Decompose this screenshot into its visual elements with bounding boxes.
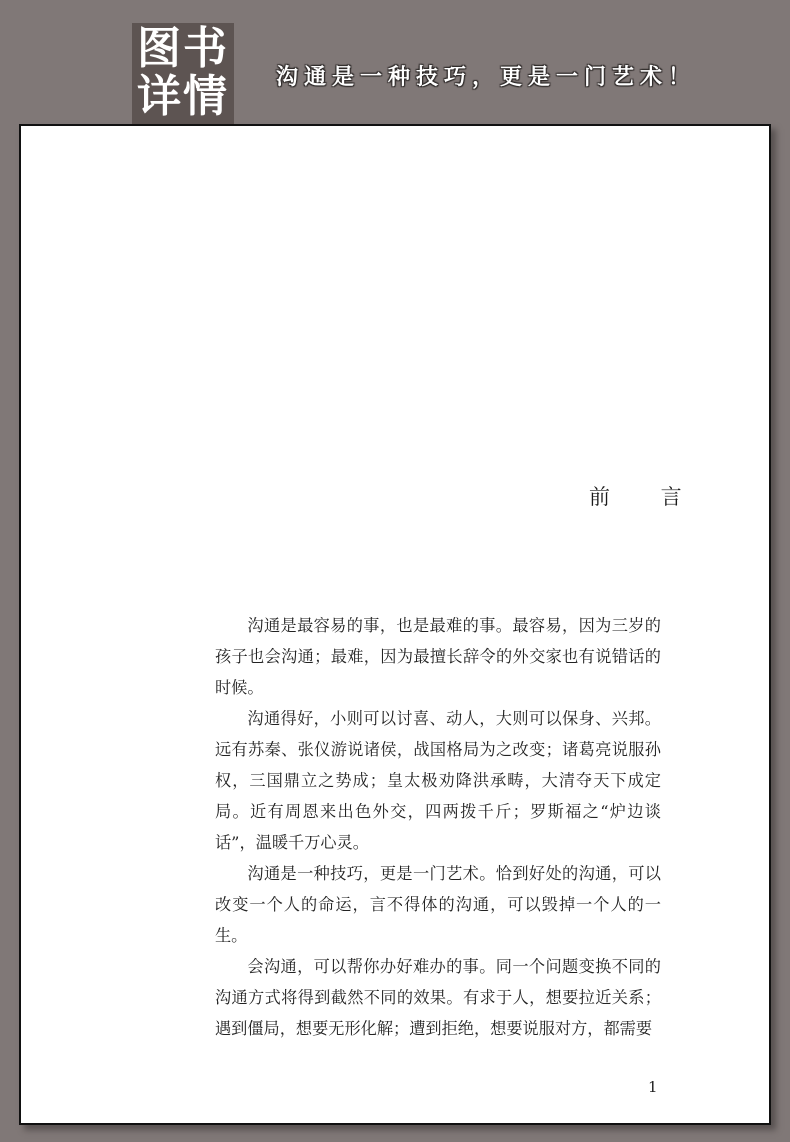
label-line-1: 图书 [132, 25, 234, 73]
preface-body: 沟通是最容易的事，也是最难的事。最容易，因为三岁的孩子也会沟通；最难，因为最擅长… [215, 610, 661, 1044]
paragraph: 会沟通，可以帮你办好难办的事。同一个问题变换不同的沟通方式将得到截然不同的效果。… [215, 951, 661, 1044]
paragraph: 沟通是一种技巧，更是一门艺术。恰到好处的沟通，可以改变一个人的命运，言不得体的沟… [215, 858, 661, 951]
book-details-label: 图书 详情 [132, 23, 234, 124]
page-number: 1 [648, 1078, 658, 1096]
label-line-2: 详情 [132, 73, 234, 121]
paragraph: 沟通是最容易的事，也是最难的事。最容易，因为三岁的孩子也会沟通；最难，因为最擅长… [215, 610, 661, 703]
paragraph: 沟通得好，小则可以讨喜、动人，大则可以保身、兴邦。远有苏秦、张仪游说诸侯，战国格… [215, 703, 661, 858]
chapter-title: 前 言 [589, 481, 704, 511]
slogan-heading: 沟通是一种技巧，更是一门艺术！ [276, 60, 696, 91]
book-page: 前 言 沟通是最容易的事，也是最难的事。最容易，因为三岁的孩子也会沟通；最难，因… [19, 124, 771, 1125]
